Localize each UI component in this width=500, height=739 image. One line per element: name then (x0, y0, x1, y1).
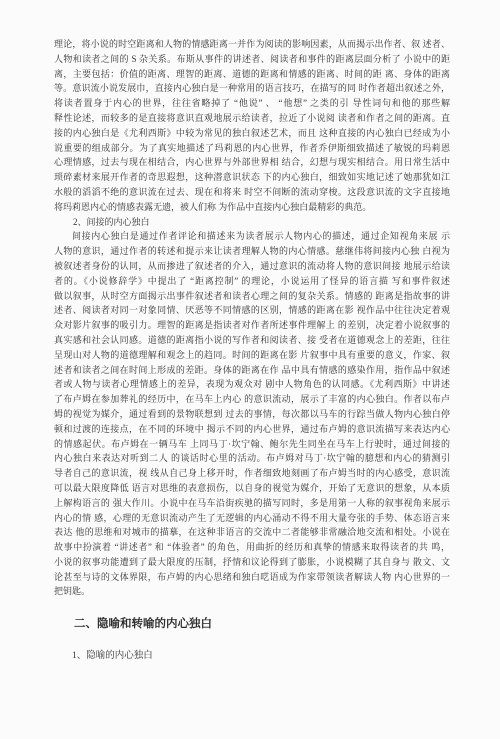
text-line: 将读者置身于内心的世界，往往省略掉了 “他说” 、 “他想” 之类的引 导性词句… (54, 96, 450, 111)
text-line: 述者、阅读者对同一对象同情、厌恶等不同情感的区别，情感的距离在影 视作品中往往决… (54, 303, 450, 318)
line-heading: 2、间接的内心独白 (54, 215, 450, 230)
sub-heading: 1、隐喻的内心独白 (54, 649, 450, 664)
text-line: 释性论述，而较多的是直接将意识直观地展示给读者，拉近了小说阅 读者和作者之间的距… (54, 111, 450, 126)
text-line: 离，主要包括：价值的距离、理智的距离、道德的距离和情感的距离、时间的距 离、身体… (54, 67, 450, 82)
text-column: 理论，将小说的时空距离和人物的情感距离一并作为阅读的影响因素，从而揭示出作者、叙… (54, 37, 450, 664)
text-line: 呈现山对人物的道德理解和观念上的趋同。时间的距离在影 片叙事中具有重要的意义，作… (54, 348, 450, 363)
text-line: 将玛莉恩内心的情感表露无遗，被人们称 为作品中直接内心独白最精彩的典范。 (54, 200, 450, 215)
text-line: 人物的意识，通过作者的转述和提示来让读者理解人物的内心情感。慈继伟将间接内心独 … (54, 244, 450, 259)
text-line: 说重要的组成部分。为了真实地描述了玛莉恩的内心世界，作者乔伊斯细致描述了敏锐的玛… (54, 141, 450, 156)
text-line: 真实感和社会认同感。道德的距离指小说的写作者和阅读者、接 受者在道德观念上的差距… (54, 333, 450, 348)
text-line: 论甚至与诗的文体界限，布卢姆的内心思绪和独白呓语成为作家带领读者解读人物 内心世… (54, 570, 450, 585)
text-line: 可以最大限度降低 语言对思维的表意损伤，以自身的视觉为媒介，开始了无意识的想象，… (54, 481, 450, 496)
text-line: 人物和读者之间的 S 杂关系。布斯从事件的讲述者、阅读者和事件的距离层面分析了 … (54, 52, 450, 67)
text-line: 众对影片叙事的吸引力。理智的距离是指读者对作者所述事件理解上 的差别，决定着小说… (54, 318, 450, 333)
text-line: 间接内心独白是通过作者评论和描述来为读者展示人物内心的描述，通过企知视角来展 示 (54, 229, 450, 244)
text-line: 述者和读者之间在时间上形成的差距。身体的距离在作 品中具有情感的感染作用，指作品… (54, 363, 450, 378)
text-line: 做以叙事，从时空方面揭示出事件叙述者和读者心理之间的复杂关系。情感的 距离是指故… (54, 289, 450, 304)
text-line: 导者自己的意识流，视 线从自己身上移开时，作者细致地刻画了布卢姆当时的内心感受，… (54, 466, 450, 481)
section-heading: 二、隐喻和转喻的内心独白 (54, 616, 450, 633)
text-line: 内心的情 感，心理的无意识流动产生了无逻辑的内心涌动不得不用大量夸张的手势、体态… (54, 511, 450, 526)
text-line: 把钥匙。 (54, 584, 450, 599)
text-line: 上解构语言的 强大作川。小说中在马车沿街疾驰的描写同时，多是用第一人称的叙事视角… (54, 496, 450, 511)
text-line: 的情感起伏。布卢姆在一辆马车 上同马丁·坎宁翰、鲍尔先生同坐在马车上行驶时，通过… (54, 437, 450, 452)
text-line: 姆的视觉为媒介，通过看到的景物联想到 过去的事情，每次都以马车的行踪当做人物内心… (54, 407, 450, 422)
text-line: 接的内心独白是《尤利西斯》中较为常见的独白叙述艺术，而且 这种直接的内心独白已经… (54, 126, 450, 141)
text-line: 了布卢姆在参加葬礼的经历中，在马车上内心 的意识流动，展示了丰富的内心独白。作者… (54, 392, 450, 407)
text-line: 者或人物与读者心理情感上的差异，表现为观众对 剧中人物角色的认同感。《尤利西斯》… (54, 377, 450, 392)
text-line: 心理情感，过去与现在相结合，内心世界与外部世界相 结合，幻想与现实相结合。用日常… (54, 155, 450, 170)
text-line: 等。意识流小说发展巾，直接内心独白是一种常用的语言技巧，在描写的同 时作者超出叙… (54, 81, 450, 96)
text-line: 表达 他的思维和对城市的描摹，在这种非语言的交流中二者能够非常融洽地交流和相处。… (54, 525, 450, 540)
text-line: 琐碎素材来展开作者的奇思遐想，这种潜意识状态 下的内心独白，细致如实地记述了她那… (54, 170, 450, 185)
document-page: 理论，将小说的时空距离和人物的情感距离一并作为阅读的影响因素，从而揭示出作者、叙… (0, 0, 500, 739)
text-line: 者的。《小说修辞学》中提出了 “距离控制” 的理论，小说运用了怪异的语言描 写和… (54, 274, 450, 289)
text-line: 被叙述者身份的认同，从而掺进了叙述者的介入，通过意识的流动将人物的意识间接 地展… (54, 259, 450, 274)
text-line: 理论，将小说的时空距离和人物的情感距离一并作为阅读的影响因素，从而揭示出作者、叙… (54, 37, 450, 52)
text-line: 故事中扮演着 “讲述者” 和 “体验者” 的角色，用曲折的经历和真挚的情感来取得… (54, 540, 450, 555)
text-line: 水般的滔滔不绝的意识流在过去、现在和将来 时空不间断的流动穿梭。这段意识流的文字… (54, 185, 450, 200)
text-line: 内心独白来表达对听到二人 的谈话时心里的活动。布卢姆对马丁·坎宁翰的臆想和内心的… (54, 451, 450, 466)
text-line: 顿和过渡的连接点，在不同的环境中 揭示不同的内心世界，通过布卢姆的意识流描写来表… (54, 422, 450, 437)
text-line: 小说的叙事功能遭到了最大限度的压制，抒情和议论得到了膨胀，小说模糊了其自身与 散… (54, 555, 450, 570)
